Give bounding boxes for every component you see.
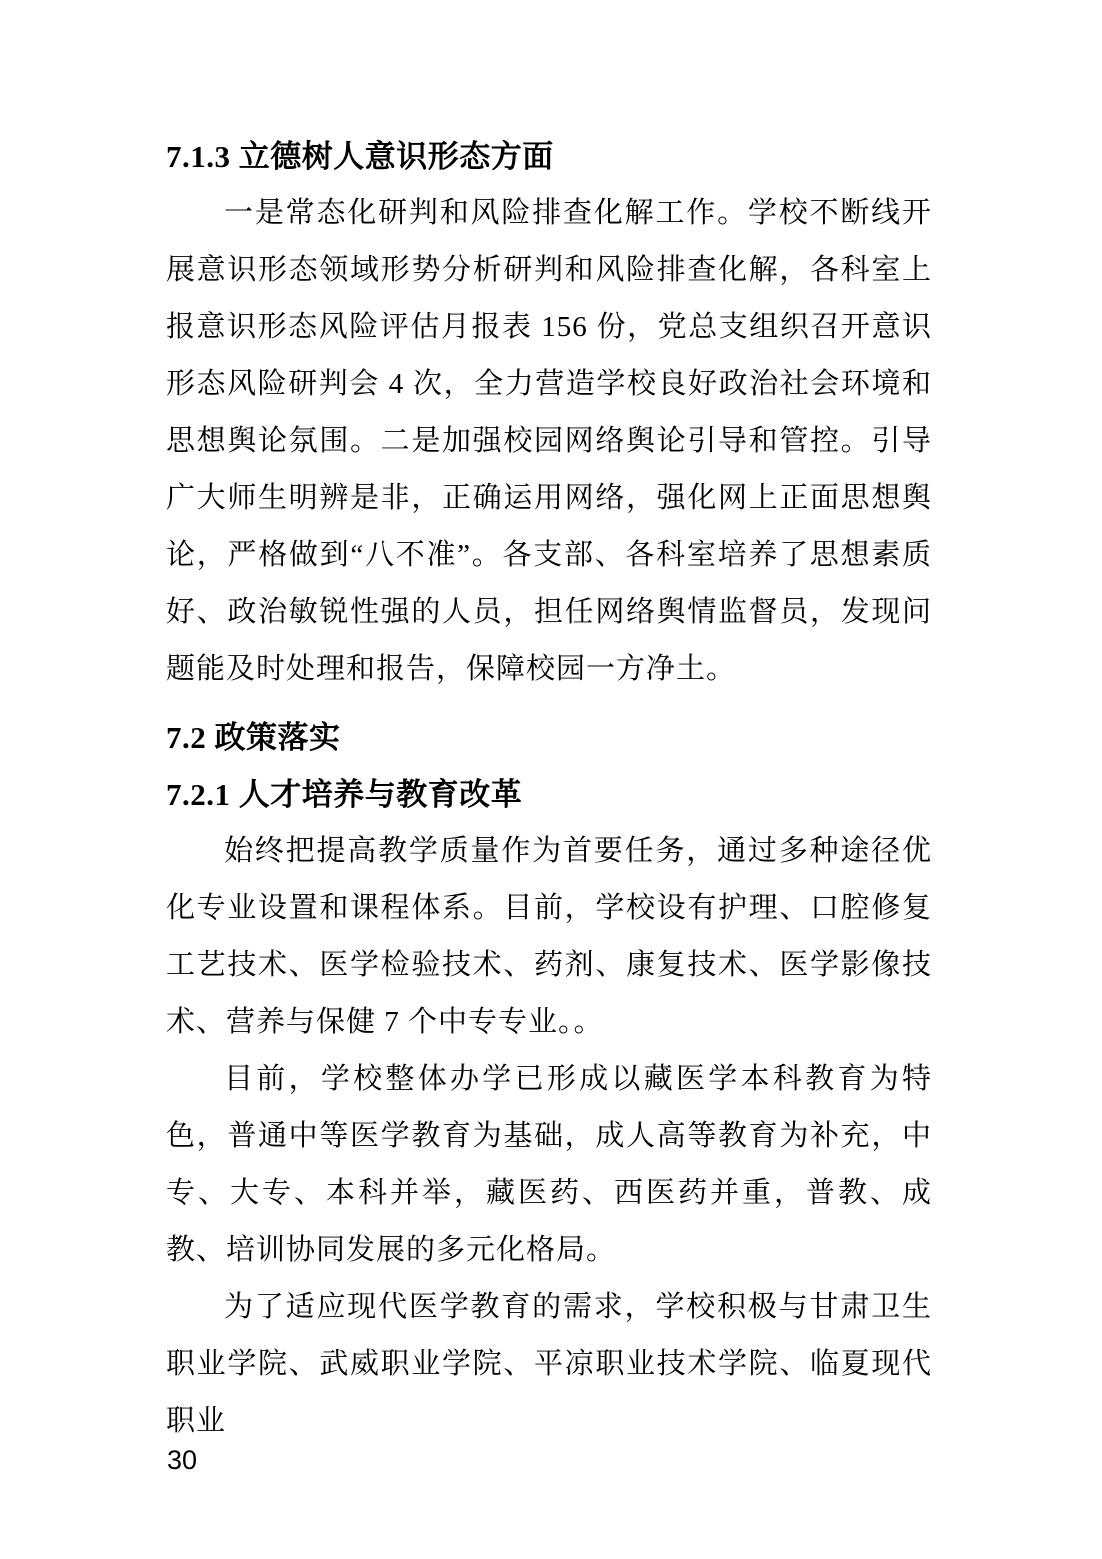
document-page: 7.1.3 立德树人意识形态方面 一是常态化研判和风险排查化解工作。学校不断线开… [0,0,1102,1559]
paragraph-school-pattern: 目前，学校整体办学已形成以藏医学本科教育为特色，普通中等医学教育为基础，成人高等… [166,1051,932,1279]
heading-7-2: 7.2 政策落实 [166,709,932,766]
paragraph-ideology-work: 一是常态化研判和风险排查化解工作。学校不断线开展意识形态领域形势分析研判和风险排… [166,185,932,698]
document-content: 7.1.3 立德树人意识形态方面 一是常态化研判和风险排查化解工作。学校不断线开… [166,128,932,1450]
heading-7-2-1: 7.2.1 人才培养与教育改革 [166,766,932,823]
paragraph-teaching-quality: 始终把提高教学质量作为首要任务，通过多种途径优化专业设置和课程体系。目前，学校设… [166,823,932,1051]
page-number: 30 [167,1445,197,1475]
heading-7-1-3: 7.1.3 立德树人意识形态方面 [166,128,932,185]
paragraph-cooperation: 为了适应现代医学教育的需求，学校积极与甘肃卫生职业学院、武威职业学院、平凉职业技… [166,1279,932,1450]
